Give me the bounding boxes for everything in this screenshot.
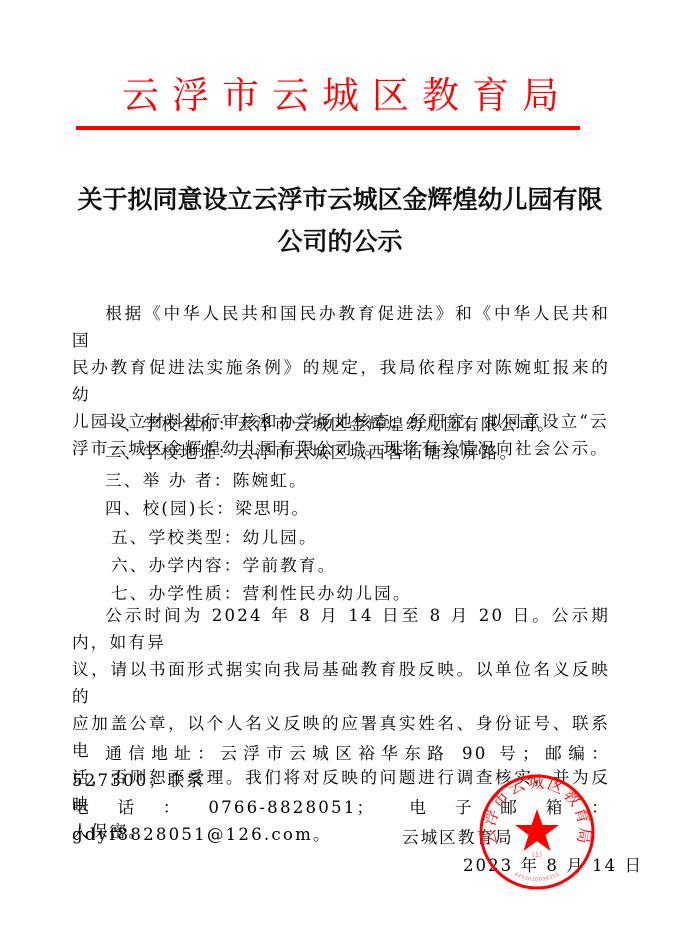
item-value: 学前教育。 bbox=[243, 556, 337, 575]
info-item-school-name: 一、学校名称：云浮市云城区金辉煌幼儿园有限公司。 bbox=[105, 411, 556, 438]
info-item-school-address: 二、学校地址：云浮市云城区城西䓘石塘绿屏路。 bbox=[105, 439, 518, 466]
item-label: 五、学校类型： bbox=[111, 528, 243, 547]
masthead-red-rule bbox=[76, 126, 580, 130]
document-title-line-1: 关于拟同意设立云浮市云城区金辉煌幼儿园有限 bbox=[60, 180, 620, 220]
item-value: 营利性民办幼儿园。 bbox=[243, 584, 412, 603]
item-value: 陈婉虹。 bbox=[233, 471, 308, 490]
info-item-organizer: 三、举 办 者：陈婉虹。 bbox=[105, 467, 308, 494]
document-title-line-2: 公司的公示 bbox=[60, 222, 620, 262]
info-item-school-type: 五、学校类型：幼儿园。 bbox=[111, 524, 318, 551]
notice-line: 公示时间为 2024 年 8 月 14 日至 8 月 20 日。公示期内，如有异 bbox=[72, 602, 610, 656]
info-item-content: 六、办学内容：学前教育。 bbox=[111, 552, 337, 579]
item-label: 六、办学内容： bbox=[111, 556, 243, 575]
intro-line: 根据《中华人民共和国民办教育促进法》和《中华人民共和国 bbox=[72, 300, 610, 354]
intro-line: 民办教育促进法实施条例》的规定，我局依程序对陈婉虹报来的幼 bbox=[72, 354, 610, 408]
item-value: 云浮市云城区金辉煌幼儿园有限公司。 bbox=[237, 415, 557, 434]
item-value: 幼儿园。 bbox=[243, 528, 318, 547]
item-label: 三、举 办 者： bbox=[105, 471, 233, 490]
info-item-principal: 四、校(园)长：梁思明。 bbox=[105, 495, 310, 522]
item-label: 二、学校地址： bbox=[105, 443, 237, 462]
seal-sub-text: (1) bbox=[532, 851, 542, 859]
seal-code-text: 4453020006351 bbox=[513, 871, 561, 883]
item-value: 梁思明。 bbox=[235, 499, 310, 518]
official-seal-icon: 云浮市云城区教育局 (1) 4453020006351 bbox=[478, 773, 596, 891]
item-label: 一、学校名称： bbox=[105, 415, 237, 434]
svg-text:4453020006351: 4453020006351 bbox=[513, 871, 561, 883]
item-label: 四、校(园)长： bbox=[105, 499, 235, 518]
item-value: 云浮市云城区城西䓘石塘绿屏路。 bbox=[237, 443, 519, 462]
item-label: 七、办学性质： bbox=[111, 584, 243, 603]
masthead-org-name: 云浮市云城区教育局 bbox=[0, 74, 674, 118]
notice-line: 议，请以书面形式据实向我局基础教育股反映。以单位名义反映的 bbox=[72, 656, 610, 710]
